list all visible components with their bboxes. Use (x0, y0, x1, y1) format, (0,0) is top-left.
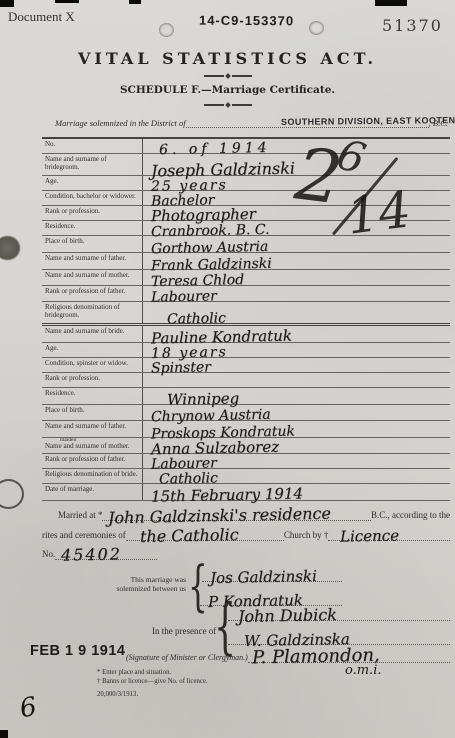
minister-order-handwriting: o.m.i. (345, 663, 381, 678)
district-prefix: Marriage solemnized in the District of (55, 118, 186, 128)
licence-no-label: No. (42, 549, 55, 560)
field-label: Rank or profession of father. (42, 286, 143, 301)
scanned-marriage-certificate: Document X 14-C9-153370 51370 VITAL STAT… (0, 0, 455, 738)
field-label: maidenName and surname of mother. (42, 438, 143, 453)
page-title: VITAL STATISTICS ACT. (0, 49, 455, 68)
schedule-subtitle: SCHEDULE F.—Marriage Certificate. (0, 84, 455, 96)
row-marriage-date: Date of marriage.15th February 1914 (42, 484, 450, 501)
row-bride-religion: Religious denomination of bride.Catholic (42, 469, 450, 484)
row-bride-birthplace: Place of birth.Chrynow Austria (42, 405, 450, 421)
witness-1-line: John Dubick (228, 598, 450, 621)
punch-hole (0, 479, 24, 509)
field-label: Age. (42, 176, 143, 190)
row-bride-father: Name and surname of father.Proskops Kond… (42, 421, 450, 438)
scan-artifact (375, 0, 407, 6)
field-label: Residence. (42, 221, 143, 235)
footnote-1: * Enter place and situation. (97, 669, 171, 678)
row-bride-mother: maidenName and surname of mother.Anna Su… (42, 438, 450, 454)
scan-artifact (55, 0, 79, 3)
field-label: No. (42, 139, 143, 153)
row-bride-condition: Condition, spinster or widow.Spinster (42, 358, 450, 373)
document-corner-label: Document X (8, 9, 75, 25)
field-label: Residence. (42, 388, 143, 404)
rites-prefix: rites and ceremonies of (42, 530, 126, 541)
footnote-2: † Banns or licence—give No. of licence. (97, 678, 208, 687)
field-value: Spinster (143, 358, 450, 372)
solemnized-label-line1: This marriage was (90, 575, 186, 584)
field-label: Age. (42, 343, 143, 357)
maiden-note: maiden (60, 437, 76, 445)
minister-blank: P. Plamondon, (248, 642, 450, 663)
field-label: Place of birth. (42, 236, 143, 252)
print-code: 20,000/3/1913. (97, 691, 138, 700)
row-bride-age: Age.18 years (42, 343, 450, 358)
row-groom-father-profession: Rank or profession of father.Labourer (42, 286, 450, 302)
row-bride-father-profession: Rank or profession of father.Labourer (42, 454, 450, 469)
district-blank-line: SOUTHERN DIVISION, EAST KOOTENAY. (186, 113, 429, 128)
married-at-line: Married at * John Galdzinski's residence… (58, 504, 450, 521)
row-groom-mother: Name and surname of mother.Teresa Chlod (42, 270, 450, 286)
solemnized-label-line2: solemnized between us (90, 584, 186, 593)
row-groom-father: Name and surname of father.Frank Galdzin… (42, 253, 450, 270)
field-label: Condition, spinster or widow. (42, 358, 143, 372)
field-label: Name and surname of father. (42, 253, 143, 269)
date-received-stamp: FEB 1 9 1914 (30, 643, 125, 659)
field-label: Condition, bachelor or widower. (42, 191, 143, 205)
field-value: Chrynow Austria (143, 405, 450, 420)
handwritten-entry: 15th February 1914 (151, 484, 303, 505)
field-value: Frank Galdzinski (143, 253, 450, 269)
field-label: Place of birth. (42, 405, 143, 420)
rites-blank: the Catholic (126, 524, 284, 541)
scan-artifact (0, 0, 14, 7)
field-label: Rank or profession. (42, 206, 143, 220)
field-value: Labourer (143, 454, 450, 468)
rites-line: rites and ceremonies of the Catholic Chu… (42, 524, 450, 541)
field-label: Religious denomination of bride. (42, 469, 143, 483)
row-bride-name: Name and surname of bride.Pauline Kondra… (42, 326, 450, 343)
field-value: 6. of 1914 (143, 139, 450, 153)
serial-number: 51370 (382, 16, 443, 35)
row-bride-profession: Rank or profession. (42, 373, 450, 388)
minister-line: (Signature of Minister or Clergyman.) P.… (126, 642, 450, 663)
scan-artifact (129, 0, 141, 4)
minister-label: (Signature of Minister or Clergyman.) (126, 653, 248, 663)
field-value (143, 373, 450, 387)
row-bride-residence: Residence.Winnipeg (42, 388, 450, 405)
field-value: Proskops Kondratuk (143, 421, 450, 437)
field-value: Catholic (143, 302, 450, 323)
solemnized-label: This marriage was solemnized between us (90, 575, 186, 593)
punch-hole (309, 21, 324, 35)
row-groom-religion: Religious denomination of bridegroom.Cat… (42, 302, 450, 326)
field-value: Anna Sulzaborez (143, 438, 450, 453)
groom-signature-line: Jos Galdzinski (202, 558, 342, 582)
married-at-suffix: B.C., according to the (371, 510, 450, 521)
presence-label: In the presence of (152, 626, 216, 636)
field-label: Date of marriage. (42, 484, 143, 500)
church-by-handwriting: Licence (340, 526, 399, 545)
married-at-prefix: Married at * (58, 510, 102, 521)
field-value: 18 years (143, 343, 450, 357)
district-stamp: SOUTHERN DIVISION, EAST KOOTENAY. (281, 115, 455, 127)
page-marker-handwriting: 6 (18, 692, 40, 724)
district-line: Marriage solemnized in the District of S… (55, 112, 448, 128)
church-by-blank: Licence (328, 524, 450, 541)
field-label: Name and surname of bridegroom. (42, 154, 143, 175)
divider-ornament (0, 103, 455, 107)
scan-artifact (0, 730, 8, 738)
married-at-blank: John Galdzinski's residence (102, 504, 371, 521)
field-value: 15th February 1914 (143, 484, 450, 500)
field-value: Winnipeg (143, 388, 450, 404)
field-label: Religious denomination of bridegroom. (42, 302, 143, 323)
punch-hole (159, 23, 174, 37)
file-number-stamp: 14-C9-153370 (199, 13, 294, 29)
field-label: Name and surname of father. (42, 421, 143, 437)
field-label: Rank or profession. (42, 373, 143, 387)
divider-ornament (0, 74, 455, 78)
field-value: Pauline Kondratuk (143, 326, 450, 342)
field-label: Name and surname of bride. (42, 326, 143, 342)
witnesses-block: In the presence of { John Dubick W. Gald… (152, 598, 450, 648)
row-number: No.6. of 1914 (42, 139, 450, 154)
field-label: Rank or profession of father. (42, 454, 143, 468)
punch-hole (0, 236, 20, 260)
field-value: Labourer (143, 286, 450, 301)
field-value: Catholic (143, 469, 450, 483)
field-value: Teresa Chlod (143, 270, 450, 285)
church-by-label: Church by † (284, 530, 329, 541)
registry-scribble-mark: 14 (344, 180, 414, 245)
field-label: Name and surname of mother. (42, 270, 143, 285)
